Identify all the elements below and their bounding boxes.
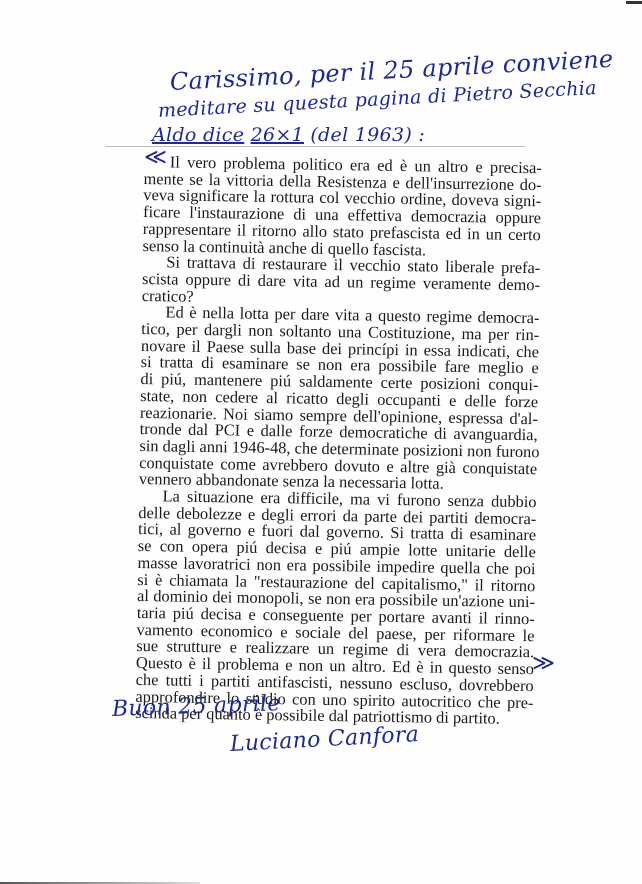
handwritten-signature: Luciano Canfora bbox=[229, 722, 419, 757]
close-quote-icon: ≫ bbox=[532, 651, 555, 676]
clipping-top-edge bbox=[105, 146, 525, 147]
scan-corner-mark bbox=[626, 1, 642, 4]
handwritten-prefix: Aldo dice bbox=[152, 124, 244, 146]
handwritten-reference: 26×1 bbox=[251, 124, 304, 146]
handwritten-date-note: (del 1963) : bbox=[310, 124, 425, 146]
handwritten-header-line-3: Aldo dice 26×1 (del 1963) : bbox=[152, 124, 425, 146]
scanned-page: Carissimo, per il 25 aprile conviene med… bbox=[0, 0, 642, 884]
printed-article-excerpt: Il vero problema politico era ed è un al… bbox=[135, 154, 542, 728]
